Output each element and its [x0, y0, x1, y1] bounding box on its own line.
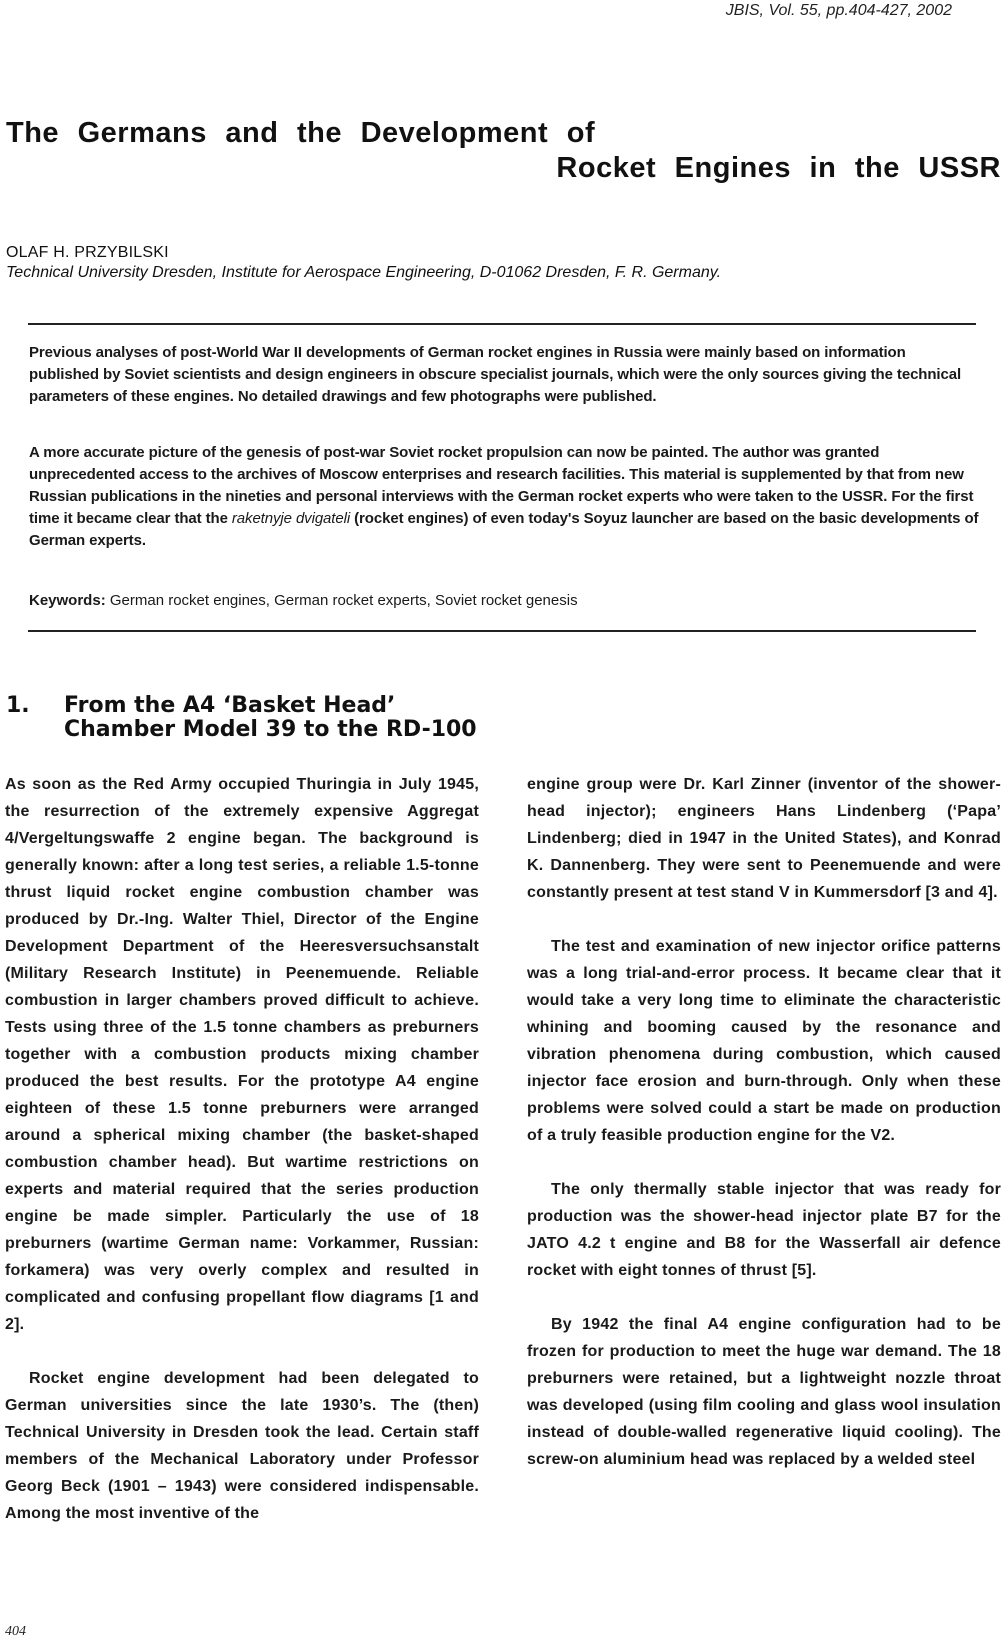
section-heading-line-1: From the A4 ‘Basket Head’	[64, 693, 395, 718]
body-paragraph: engine group were Dr. Karl Zinner (inven…	[527, 771, 1001, 906]
abstract-text-1: Previous analyses of post-World War II d…	[29, 342, 979, 408]
author-name: OLAF H. PRZYBILSKI	[6, 244, 169, 262]
journal-reference: JBIS, Vol. 55, pp.404-427, 2002	[726, 2, 952, 20]
body-column-right: engine group were Dr. Karl Zinner (inven…	[527, 771, 1001, 1500]
keywords-label: Keywords:	[29, 592, 106, 609]
keywords-list: German rocket engines, German rocket exp…	[106, 592, 578, 609]
section-heading-line-2: Chamber Model 39 to the RD-100	[6, 718, 477, 742]
body-paragraph: The only thermally stable injector that …	[527, 1176, 1001, 1284]
abstract-bottom-divider	[28, 630, 976, 632]
abstract-paragraph-2: A more accurate picture of the genesis o…	[29, 442, 979, 552]
title-line-2: Rocket Engines in the USSR	[6, 151, 1001, 186]
page-number: 404	[5, 1624, 26, 1640]
body-paragraph: The test and examination of new injector…	[527, 933, 1001, 1149]
body-paragraph: As soon as the Red Army occupied Thuring…	[5, 771, 479, 1338]
author-affiliation: Technical University Dresden, Institute …	[6, 264, 721, 282]
body-paragraph: By 1942 the final A4 engine configuratio…	[527, 1311, 1001, 1473]
article-title: The Germans and the Development of Rocke…	[6, 116, 1001, 186]
abstract-italic-term: raketnyje dvigateli	[232, 510, 350, 527]
keywords: Keywords: German rocket engines, German …	[29, 592, 578, 609]
section-number: 1.	[6, 694, 64, 718]
abstract-text-2: A more accurate picture of the genesis o…	[29, 442, 979, 552]
section-heading: 1.From the A4 ‘Basket Head’ Chamber Mode…	[6, 694, 477, 742]
abstract-top-divider	[28, 323, 976, 325]
title-line-1: The Germans and the Development of	[6, 116, 1001, 151]
abstract-paragraph-1: Previous analyses of post-World War II d…	[29, 342, 979, 408]
body-paragraph: Rocket engine development had been deleg…	[5, 1365, 479, 1527]
body-column-left: As soon as the Red Army occupied Thuring…	[5, 771, 479, 1554]
